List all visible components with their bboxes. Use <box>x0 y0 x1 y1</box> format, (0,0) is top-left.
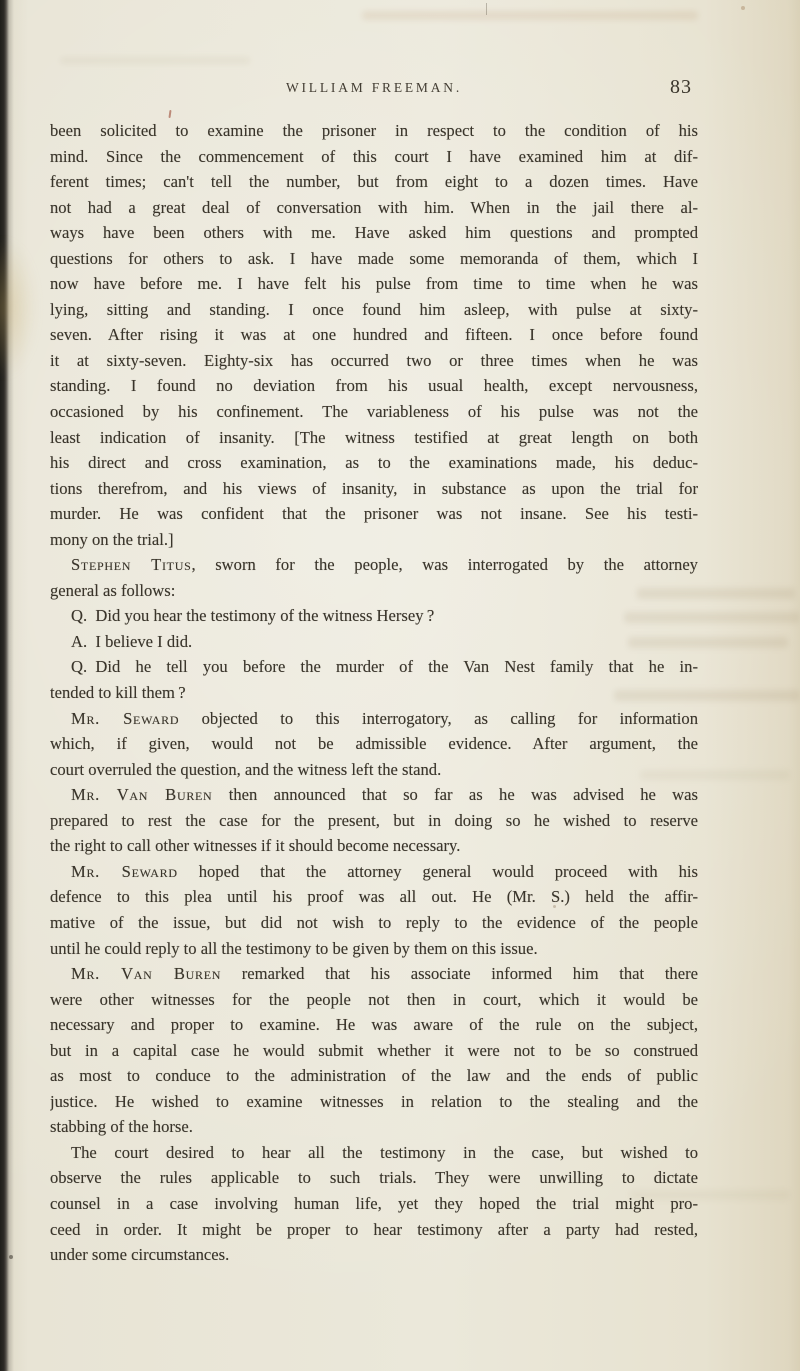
text-line: until he could reply to all the testimon… <box>50 936 698 962</box>
text-line: ways have been others with me. Have aske… <box>50 220 698 246</box>
text-line: tions therefrom, and his views of insani… <box>50 476 698 502</box>
text-line: mative of the issue, but did not wish to… <box>50 910 698 936</box>
paper-stain <box>0 238 38 378</box>
paragraph: Mr. Seward objected to this interrogator… <box>50 706 698 783</box>
text-line: Mr. Seward hoped that the attorney gener… <box>50 859 698 885</box>
text-line: The court desired to hear all the testim… <box>50 1140 698 1166</box>
text-line: Mr. Van Buren remarked that his associat… <box>50 961 698 987</box>
text-line: Mr. Van Buren then announced that so far… <box>50 782 698 808</box>
text-line: seven. After rising it was at one hundre… <box>50 322 698 348</box>
text-line: his direct and cross examination, as to … <box>50 450 698 476</box>
text-line: tended to kill them ? <box>50 680 698 706</box>
ink-speck <box>486 3 487 15</box>
text-line: prepared to rest the case for the presen… <box>50 808 698 834</box>
ink-speck <box>9 1255 13 1259</box>
speaker-name: Mr. Van Buren <box>71 785 212 804</box>
text-line: least indication of insanity. [The witne… <box>50 425 698 451</box>
text-line: general as follows: <box>50 578 698 604</box>
text-line: it at sixty-seven. Eighty-six has occurr… <box>50 348 698 374</box>
text-line: questions for others to ask. I have made… <box>50 246 698 272</box>
speaker-name: Stephen Titus <box>71 555 191 574</box>
speaker-name: Mr. Seward <box>71 709 179 728</box>
text-line: murder. He was confident that the prison… <box>50 501 698 527</box>
text-line: as most to conduce to the administration… <box>50 1063 698 1089</box>
running-title: WILLIAM FREEMAN. <box>50 80 698 96</box>
text-line: but in a capital case he would submit wh… <box>50 1038 698 1064</box>
text-line: now have before me. I have felt his puls… <box>50 271 698 297</box>
speaker-name: Mr. Seward <box>71 862 178 881</box>
text-line: were other witnesses for the people not … <box>50 987 698 1013</box>
text-line: Stephen Titus, sworn for the people, was… <box>50 552 698 578</box>
text-line: standing. I found no deviation from his … <box>50 373 698 399</box>
text-line: justice. He wished to examine witnesses … <box>50 1089 698 1115</box>
text-line: lying, sitting and standing. I once foun… <box>50 297 698 323</box>
ink-speck <box>168 110 171 118</box>
text-line: mony on the trial.] <box>50 527 698 553</box>
paragraph: Mr. Van Buren then announced that so far… <box>50 782 698 859</box>
text-line: been solicited to examine the prisoner i… <box>50 118 698 144</box>
text-line: under some circumstances. <box>50 1242 698 1268</box>
paragraph: The court desired to hear all the testim… <box>50 1140 698 1268</box>
text-line: A. I believe I did. <box>50 629 698 655</box>
book-gutter-edge <box>0 0 14 1371</box>
text-line: mind. Since the commencement of this cou… <box>50 144 698 170</box>
text-line: Q. Did you hear the testimony of the wit… <box>50 603 698 629</box>
text-line: counsel in a case involving human life, … <box>50 1191 698 1217</box>
text-line: necessary and proper to examine. He was … <box>50 1012 698 1038</box>
text-line: which, if given, would not be admissible… <box>50 731 698 757</box>
text-line: Q. Did he tell you before the murder of … <box>50 654 698 680</box>
text-line: the right to call other witnesses if it … <box>50 833 698 859</box>
paragraph: Q. Did he tell you before the murder of … <box>50 654 698 705</box>
paragraph: A. I believe I did. <box>50 629 698 655</box>
text-line: defence to this plea until his proof was… <box>50 884 698 910</box>
paragraph: Stephen Titus, sworn for the people, was… <box>50 552 698 603</box>
text-line: ferent times; can't tell the number, but… <box>50 169 698 195</box>
paragraph: Q. Did you hear the testimony of the wit… <box>50 603 698 629</box>
page-header: WILLIAM FREEMAN. 83 <box>50 80 698 106</box>
ink-speck <box>741 6 745 10</box>
page-number: 83 <box>670 76 692 99</box>
text-line: ceed in order. It might be proper to hea… <box>50 1217 698 1243</box>
paragraph: Mr. Van Buren remarked that his associat… <box>50 961 698 1140</box>
text-line: not had a great deal of conversation wit… <box>50 195 698 221</box>
paragraph: Mr. Seward hoped that the attorney gener… <box>50 859 698 961</box>
show-through-smudge <box>60 57 250 64</box>
text-line: Mr. Seward objected to this interrogator… <box>50 706 698 732</box>
paragraph: been solicited to examine the prisoner i… <box>50 118 698 552</box>
speaker-name: Mr. Van Buren <box>71 964 221 983</box>
text-block: been solicited to examine the prisoner i… <box>50 118 698 1298</box>
text-line: stabbing of the horse. <box>50 1114 698 1140</box>
text-line: court overruled the question, and the wi… <box>50 757 698 783</box>
book-page-scan: WILLIAM FREEMAN. 83 been solicited to ex… <box>0 0 800 1371</box>
text-line: observe the rules applicable to such tri… <box>50 1165 698 1191</box>
text-line: occasioned by his confinement. The varia… <box>50 399 698 425</box>
show-through-smudge <box>362 11 698 20</box>
